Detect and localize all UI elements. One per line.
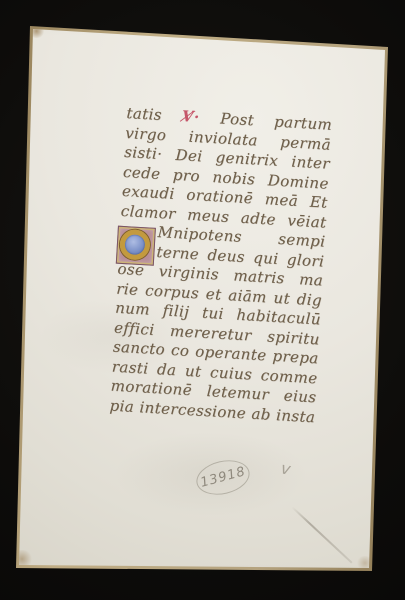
initial-letter-o-icon: [119, 229, 151, 261]
photograph-background: O tatis V̸· Post partumvirgo inviolata p…: [0, 0, 405, 600]
pencil-inscription: 13918: [199, 464, 248, 490]
text-block: O tatis V̸· Post partumvirgo inviolata p…: [109, 104, 333, 427]
parchment-crease: [291, 506, 352, 563]
manuscript-leaf: O tatis V̸· Post partumvirgo inviolata p…: [0, 0, 405, 600]
versicle-mark: V̸·: [182, 107, 221, 127]
text-segment: tatis: [126, 104, 183, 125]
pencil-inscription-circle: 13918: [193, 455, 253, 499]
illuminated-initial-o: O: [116, 226, 156, 266]
pencil-check-mark: v: [280, 458, 292, 478]
